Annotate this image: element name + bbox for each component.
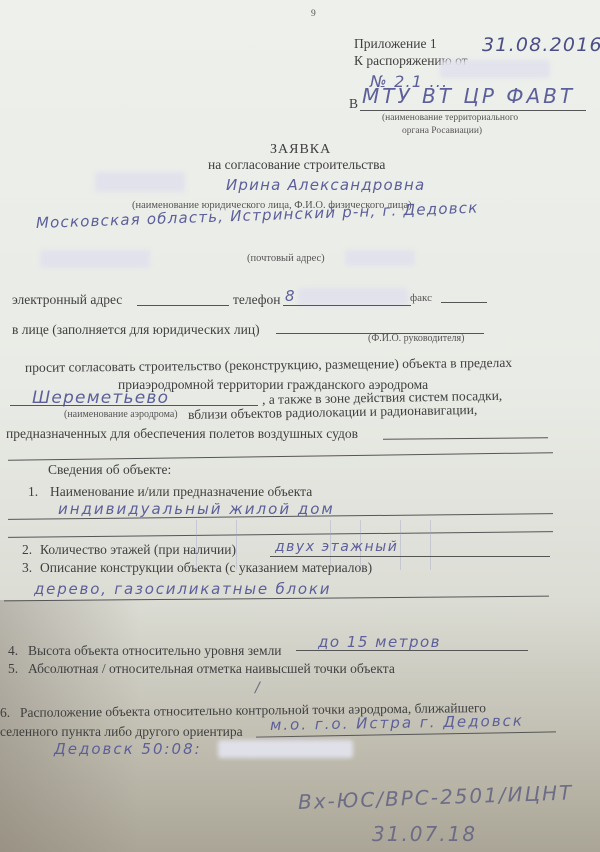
page-number: 9 [311, 9, 316, 19]
to-caption-2: органа Росавиации) [402, 126, 482, 136]
document-title: ЗАЯВКА [270, 142, 331, 158]
item-6-number: 6. [0, 705, 10, 721]
redacted-phone [298, 288, 408, 306]
redacted-order [440, 60, 550, 78]
order-date: 31.08.2016 [482, 34, 600, 56]
redacted-cadastral [218, 740, 353, 758]
bleed-line [430, 520, 431, 570]
to-underline [360, 110, 586, 111]
fax-label: факс [410, 292, 432, 304]
applicant-name: Ирина Александровна [226, 176, 425, 194]
registration-date: 31.07.18 [372, 822, 477, 846]
redacted-address-2 [345, 250, 415, 266]
item-2-line [270, 556, 550, 557]
phone-value: 8 [285, 287, 296, 305]
item-1-number: 1. [28, 484, 38, 500]
email-field-line [137, 305, 229, 306]
item-5-value: / [255, 680, 261, 696]
request-field-line-1 [383, 437, 548, 439]
item-3-number: 3. [22, 560, 32, 576]
document-subtitle: на согласование строительства [208, 157, 385, 173]
request-field-line-2 [8, 452, 553, 461]
item-5-label: Абсолютная / относительная отметка наивы… [28, 661, 395, 677]
object-info-heading: Сведения об объекте: [48, 462, 171, 478]
representative-label: в лице (заполняется для юридических лиц) [12, 322, 260, 338]
bleed-line [400, 520, 401, 570]
appendix-label: Приложение 1 [354, 36, 437, 52]
aerodrome-caption: (наименование аэродрома) [64, 409, 178, 420]
item-2-value: двух этажный [275, 539, 398, 555]
request-line-5: предназначенных для обеспечения полетов … [6, 426, 358, 442]
item-6-label-2: селенного пункта либо другого ориентира [0, 724, 243, 740]
item-4-line [296, 650, 528, 651]
item-4-value: до 15 метров [318, 633, 441, 651]
item-2-label: Количество этажей (при наличии) [40, 542, 236, 558]
item-6-value: м.о. г.о. Истра г. Дедовск [270, 712, 524, 734]
item-3-value: дерево, газосиликатные блоки [34, 580, 331, 598]
request-line-1: просит согласовать строительство (реконс… [25, 355, 512, 376]
registration-number: Вх-ЮС/ВРС-2501/ИЦНТ [298, 780, 574, 814]
phone-label: телефон [233, 292, 281, 308]
item-3-label: Описание конструкции объекта (с указание… [40, 560, 372, 576]
email-label: электронный адрес [12, 292, 122, 308]
item-4-number: 4. [8, 643, 18, 659]
item-1-label: Наименование и/или предназначение объект… [50, 484, 312, 500]
representative-caption: (Ф.И.О. руководителя) [368, 333, 464, 344]
address-caption: (почтовый адрес) [247, 253, 325, 264]
item-5-number: 5. [8, 661, 18, 677]
item-4-label: Высота объекта относительно уровня земли [28, 643, 282, 659]
fax-field-line [441, 302, 487, 303]
to-prefix: В [349, 96, 358, 112]
redacted-surname [95, 172, 185, 192]
to-value: МТУ ВТ ЦР ФАВТ [362, 84, 575, 108]
to-caption-1: (наименование территориального [382, 113, 518, 123]
item-6-value-2: Дедовск 50:08: [54, 740, 202, 758]
redacted-address-1 [40, 250, 150, 268]
item-1-line-2 [8, 531, 553, 538]
item-2-number: 2. [22, 542, 32, 558]
phone-field-line [283, 305, 411, 306]
